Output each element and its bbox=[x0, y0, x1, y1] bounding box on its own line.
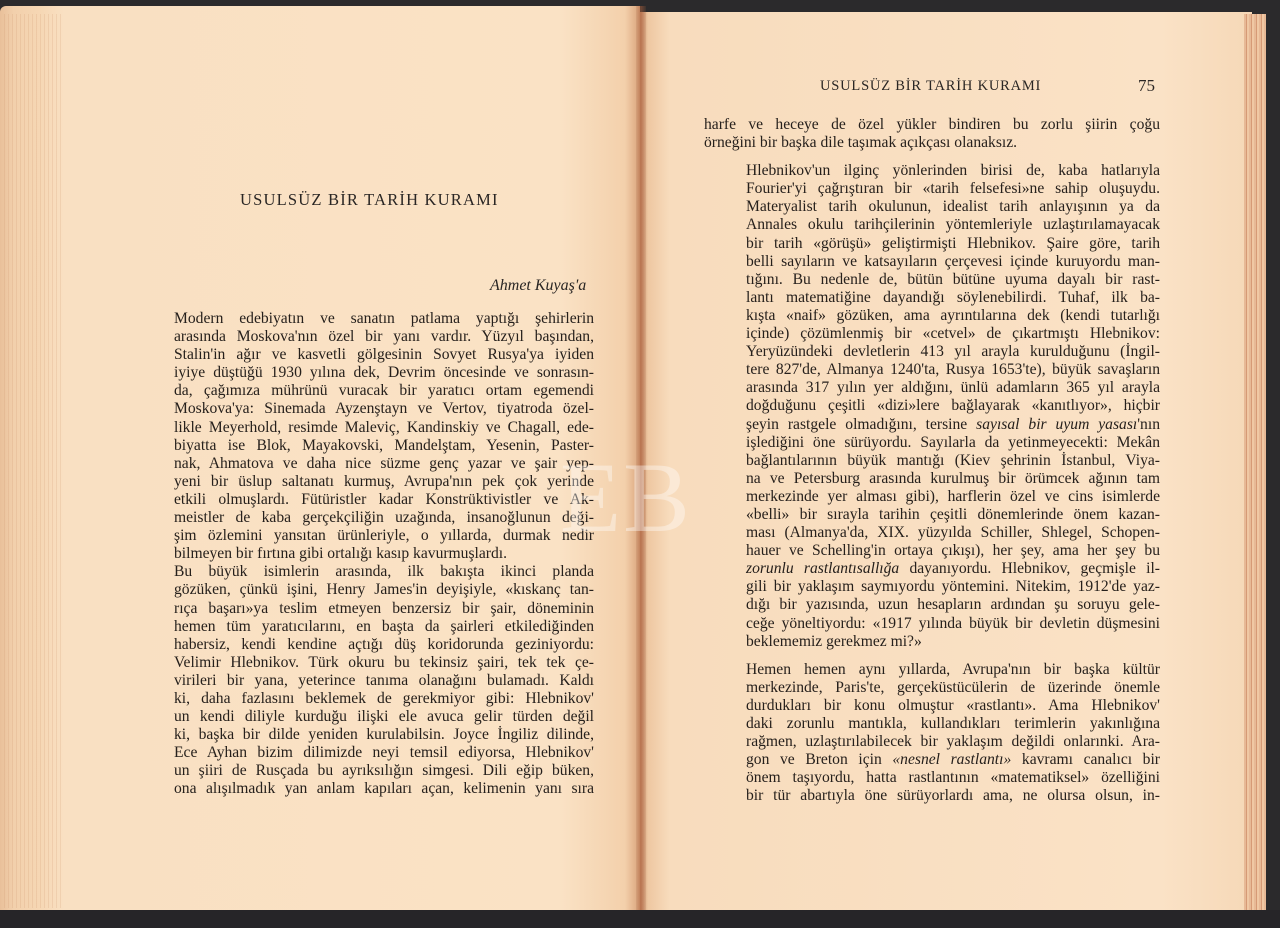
text-line: habersiz, kendi kendine açtığı düş korid… bbox=[132, 636, 594, 654]
text-line: ceğe yöneltiyordu: «1917 yılında büyük b… bbox=[704, 615, 1160, 633]
text-line: merkezinde, Paris'te, gerçeküstücülerin … bbox=[704, 679, 1160, 697]
chapter-title: USULSÜZ BİR TARİH KURAMI bbox=[240, 190, 499, 210]
text-line: Fourier'yi çağrıştıran bir «tarih felsef… bbox=[704, 180, 1160, 198]
text-line: dığı bir yazısında, uzun hesapların ardı… bbox=[704, 596, 1160, 614]
text-line: rıça başarı»ya teslim etmeyen benzersiz … bbox=[132, 600, 594, 618]
running-head: USULSÜZ BİR TARİH KURAMI bbox=[820, 78, 1041, 95]
scan-shadow bbox=[0, 910, 1280, 928]
text-line: meistler de kaba gerçekçiliğin uzağında,… bbox=[132, 509, 594, 527]
text-run: şeyin rastgele olmadığını, tersine bbox=[746, 416, 976, 433]
text-line: belli sayıların ve katsayıların çerçeves… bbox=[704, 253, 1160, 271]
text-line: iyiye düştüğü 1930 yılına dek, Devrim ön… bbox=[132, 364, 594, 382]
text-line: daki zorunlu mantıkla, kullandıkları ter… bbox=[704, 715, 1160, 733]
text-line: işlediğini öne sürüyordu. Sayılarla da y… bbox=[704, 434, 1160, 452]
text-run: dayanıyordu. Hlebnikov, geçmişle il- bbox=[899, 560, 1160, 577]
text-line: un şiiri de Rusçada bu ayrıksılığın simg… bbox=[132, 762, 594, 780]
text-line: Moskova'ya: Sinemada Ayzenştayn ve Verto… bbox=[132, 400, 594, 418]
dedication: Ahmet Kuyaş'a bbox=[490, 277, 586, 295]
right-page-body: harfe ve heceye de özel yükler bindiren … bbox=[704, 116, 1160, 805]
text-line: tığını. Bu nedenle de, bütün bütüne uyum… bbox=[704, 271, 1160, 289]
text-line: arasında Moskova'nın özel bir yanı vardı… bbox=[132, 328, 594, 346]
text-line: biyatta ise Blok, Mayakovski, Mandelştam… bbox=[132, 437, 594, 455]
text-line: ması (Almanya'da, XIX. yüzyılda Schiller… bbox=[704, 524, 1160, 542]
text-line: ki, başka bir dilde yeniden kurulabilsin… bbox=[132, 726, 594, 744]
text-line: Bu büyük isimlerin arasında, ilk bakışta… bbox=[132, 563, 594, 581]
left-page-body: Modern edebiyatın ve sanatın patlama yap… bbox=[132, 310, 594, 799]
text-line: bir tür abartıyla öne sürüyorlardı ama, … bbox=[704, 787, 1160, 805]
text-line: rağmen, uzlaştırılabilecek bir yaklaşım … bbox=[704, 733, 1160, 751]
emphasis-text: sayısal bir uyum yasası bbox=[976, 416, 1137, 433]
text-line: ona alışılmadık yan anlam kapıları açan,… bbox=[132, 780, 594, 798]
text-line: da, çağımıza mührünü vuracak bir yaratıc… bbox=[132, 382, 594, 400]
text-line: harfe ve heceye de özel yükler bindiren … bbox=[704, 116, 1160, 134]
paragraph: Hlebnikov'un ilginç yönlerinden birisi d… bbox=[704, 162, 1160, 651]
text-line: hauer ve Schelling'in ortaya çıkışı), he… bbox=[704, 542, 1160, 560]
text-line: Materyalist tarih okulunun, idealist tar… bbox=[704, 198, 1160, 216]
text-line: etkili olmuşlardı. Fütüristler kadar Kon… bbox=[132, 491, 594, 509]
text-line: örneğini bir başka dile taşımak açıkçası… bbox=[704, 134, 1160, 152]
text-line: Annales okulu tarihçilerinin yöntemleriy… bbox=[704, 216, 1160, 234]
text-line: Hlebnikov'un ilginç yönlerinden birisi d… bbox=[704, 162, 1160, 180]
text-line: virileri bir yana, yeterince tanıma olan… bbox=[132, 672, 594, 690]
text-line: gon ve Breton için «nesnel rastlantı» ka… bbox=[704, 751, 1160, 769]
text-line: Stalin'in ağır ve kasvetli gölgesinin So… bbox=[132, 346, 594, 364]
text-line: nak, Ahmatova ve daha nice süzme genç ya… bbox=[132, 455, 594, 473]
text-line: bağlantılarının büyük mantığı (Kiev şehr… bbox=[704, 452, 1160, 470]
text-line: Hemen hemen aynı yıllarda, Avrupa'nın bi… bbox=[704, 661, 1160, 679]
text-line: içinde) çözümlenmiş bir «cetvel» de çıka… bbox=[704, 325, 1160, 343]
text-run: 'nın bbox=[1137, 416, 1160, 433]
text-line: bir tarih «görüşü» geliştirmişti Hlebnik… bbox=[704, 235, 1160, 253]
emphasis-text: zorunlu rastlantısallığa bbox=[746, 560, 899, 577]
text-line: «belli» bir sırayla tarihin çeşitli döne… bbox=[704, 506, 1160, 524]
page-number: 75 bbox=[1138, 76, 1155, 96]
text-line: beklememiz gerekmez mi?» bbox=[704, 633, 1160, 651]
text-line: tere 827'de, Almanya 1240'ta, Rusya 1653… bbox=[704, 361, 1160, 379]
text-line: doğduğunu çeşitli «dizi»lere bağlayarak … bbox=[704, 397, 1160, 415]
text-line: hemen tüm yaratıcılarını, en başta da şa… bbox=[132, 618, 594, 636]
text-line: bilmeyen bir fırtına gibi ortalığı kasıp… bbox=[132, 545, 594, 563]
text-line: yeni bir üslup saltanatı kurmuş, Avrupa'… bbox=[132, 473, 594, 491]
emphasis-text: «nesnel rastlantı» bbox=[892, 751, 1011, 768]
text-line: merkezinde yer alması gibi), harflerin ö… bbox=[704, 488, 1160, 506]
text-line: kışta «naif» gözüken, ama ayrıntılarına … bbox=[704, 307, 1160, 325]
text-line: arasında 317 yılın yer aldığını, ünlü ad… bbox=[704, 379, 1160, 397]
text-line: un kendi diliyle kurduğu ilişki ele avuc… bbox=[132, 708, 594, 726]
text-line: Ece Ayhan bizim dilimizde neyi temsil ed… bbox=[132, 744, 594, 762]
paragraph: Modern edebiyatın ve sanatın patlama yap… bbox=[132, 310, 594, 563]
text-run: gon ve Breton için bbox=[746, 751, 892, 768]
text-line: Velimir Hlebnikov. Türk okuru bu tekinsi… bbox=[132, 654, 594, 672]
text-line: likle Meyerhold, resimde Maleviç, Kandin… bbox=[132, 419, 594, 437]
text-line: durdukları bir konu olmuştur «rastlantı»… bbox=[704, 697, 1160, 715]
text-line: Yeryüzündeki devletlerin 413 yıl arayla … bbox=[704, 343, 1160, 361]
text-line: zorunlu rastlantısallığa dayanıyordu. Hl… bbox=[704, 560, 1160, 578]
paragraph: harfe ve heceye de özel yükler bindiren … bbox=[704, 116, 1160, 152]
text-line: Modern edebiyatın ve sanatın patlama yap… bbox=[132, 310, 594, 328]
text-line: önem taşıyordu, hatta rastlantının «mate… bbox=[704, 769, 1160, 787]
page-edges bbox=[1244, 14, 1266, 920]
text-line: şeyin rastgele olmadığını, tersine sayıs… bbox=[704, 416, 1160, 434]
text-line: lantı matematiğine dayandığı söylenebili… bbox=[704, 289, 1160, 307]
text-line: gözüken, çünkü işini, Henry James'in dey… bbox=[132, 581, 594, 599]
paragraph: Bu büyük isimlerin arasında, ilk bakışta… bbox=[132, 563, 594, 798]
text-line: ki, daha fazlasını beklemek de gerekmiyo… bbox=[132, 690, 594, 708]
text-line: na ve Petersburg arasında kurulmuş bir ö… bbox=[704, 470, 1160, 488]
text-line: gili bir yaklaşım saymıyordu yöntemini. … bbox=[704, 578, 1160, 596]
paragraph: Hemen hemen aynı yıllarda, Avrupa'nın bi… bbox=[704, 661, 1160, 806]
text-run: kavramı canalıcı bir bbox=[1011, 751, 1160, 768]
book-spread: USULSÜZ BİR TARİH KURAMI Ahmet Kuyaş'a M… bbox=[0, 0, 1280, 928]
book-gutter bbox=[636, 6, 646, 918]
text-line: şim özlemini yansıtan ürünleriyle, o yıl… bbox=[132, 527, 594, 545]
